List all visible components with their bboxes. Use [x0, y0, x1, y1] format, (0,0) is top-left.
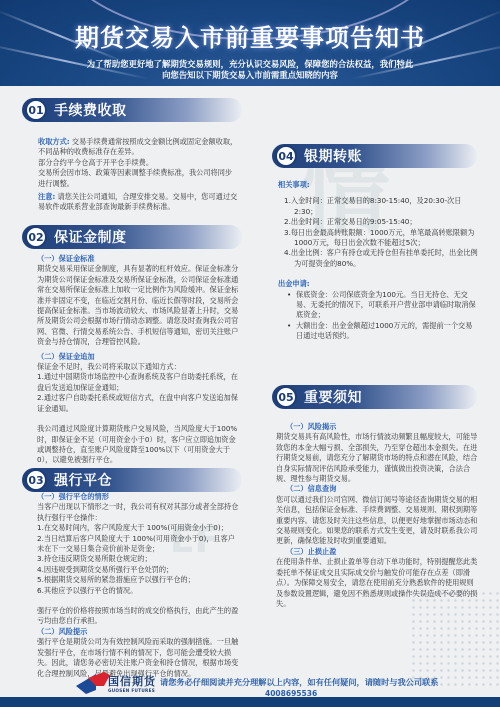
- fee-method-label: 收取方式:: [38, 137, 70, 146]
- withdraw-label: 出金申请:: [278, 279, 478, 289]
- list-item: 2.当日结算后客户风险度大于 100%(可用资金小于0)，且客户未在下一交易日集…: [37, 534, 242, 555]
- list-item: 2.通过客户自助委托系统或短信方式，在盘中向客户发送追加保证金通知。: [37, 393, 242, 414]
- section-number-badge: 03: [25, 469, 47, 491]
- related-items-label: 相关事项:: [278, 180, 478, 190]
- company-logo-text: 国信期货: [108, 673, 156, 689]
- subtitle-line-1: 为了帮助您更好地了解期货交易规则，充分认识交易风险，保障您的合法权益，我们特此: [40, 59, 460, 70]
- paragraph: 在使用条件单、止损止盈单等自动下单功能时，特别提醒您此类委托单不保证成交且实际成…: [276, 557, 478, 609]
- section-number-badge: 01: [25, 99, 47, 121]
- contact-notice: 请您务必仔细阅读并充分理解以上内容，如有任何疑问，请随时与我公司联系: [160, 677, 438, 688]
- fee-note-text: 请您关注公司通知，合理安排交易。交易中，您可通过交易软件或联系营业部查询最新手续…: [38, 192, 237, 211]
- list-item: 3.持仓违反期货交易所限仓规定的；: [37, 554, 242, 564]
- section-body-important-notice: （一）风险揭示 期货交易具有高风险性，市场行情波动频繁且幅度较大，可能导致您的本…: [276, 422, 478, 609]
- list-item: 4.出金比例：客户有持仓或无持仓但有挂单委托时，出金比例为可提资金的80%。: [284, 248, 478, 269]
- transfer-rules-list: 1.入金时间：正常交易日的8:30-15:40，及20:30-次日2:30； 2…: [284, 196, 478, 269]
- section-title: 手续费收取: [54, 100, 127, 120]
- withdraw-rules-list: 保底资金：公司保底资金为100元。当日无持仓、无交易、无委托的情况下，可联系开户…: [278, 290, 478, 342]
- subsection-title: （三）止损止盈: [276, 547, 478, 557]
- list-item: 1.入金时间：正常交易日的8:30-15:40，及20:30-次日2:30；: [284, 196, 478, 217]
- company-logo-english: GUOSEN FUTURES: [108, 688, 155, 693]
- section-title: 保证金制度: [54, 227, 127, 247]
- fee-line: 部分合约平今仓高于开平仓手续费。: [38, 158, 238, 168]
- section-body-bank-transfer: 相关事项: 1.入金时间：正常交易日的8:30-15:40，及20:30-次日2…: [278, 180, 478, 342]
- paragraph: 期货交易采用保证金制度，具有显著的杠杆效应。保证金标准分为期货公司保证金标准及交…: [37, 264, 242, 347]
- section-title: 银期转账: [304, 146, 362, 166]
- page-title: 期货交易入市前重要事项告知书: [0, 18, 500, 53]
- paragraph: 期货交易具有高风险性，市场行情波动频繁且幅度较大，可能导致您的本金大幅亏损、全部…: [276, 432, 478, 484]
- section-header-fee: 01 手续费收取: [22, 98, 242, 122]
- subtitle-line-2: 向您告知以下期货交易入市前需重点知晓的内容: [40, 70, 460, 81]
- fee-note-label: 注意:: [38, 192, 55, 201]
- page-subtitle: 为了帮助您更好地了解期货交易规则，充分认识交易风险，保障您的合法权益，我们特此 …: [40, 59, 460, 81]
- section-title: 强行平仓: [54, 470, 112, 490]
- section-header-forced-liquidation: 03 强行平仓: [22, 468, 242, 492]
- footer-band: [0, 697, 500, 707]
- subsection-title: （一）保证金标准: [37, 254, 242, 264]
- subsection-title: （二）信息查询: [276, 484, 478, 494]
- list-item: 保底资金：公司保底资金为100元。当日无持仓、无交易、无委托的情况下，可联系开户…: [278, 290, 478, 321]
- paragraph: 强行平仓的价格将按照市场当时的成交价格执行，由此产生的盈亏均由您自行承担。: [37, 606, 242, 627]
- list-item: 5.根据期货交易所的紧急措施应予以强行平仓的；: [37, 575, 242, 585]
- subsection-title: （一）风险揭示: [276, 422, 478, 432]
- section-number-badge: 02: [25, 226, 47, 248]
- paragraph: 您可以通过我们公司官网、微信订阅号等途径查询期货交易的相关信息，包括保证金标准、…: [276, 495, 478, 547]
- list-item: 3.每日出金最高转账限额：1000万元，单笔最高转账限额为1000万元，每日出金…: [284, 228, 478, 249]
- list-item: 1.通过中国期货市场监控中心查询系统及客户自助委托系统，在盘后发送追加保证金通知…: [37, 372, 242, 393]
- list-item: 1.在交易时间内，客户风险度大于 100%(可用资金小于0)；: [37, 523, 242, 533]
- subsection-title: （一）强行平仓的情形: [37, 492, 242, 502]
- fee-line: 交易所会因市场、政策等因素调整手续费标准，我公司将同步进行调整。: [38, 168, 238, 189]
- list-item: 2.出金时间：正常交易日的9:05-15:40；: [284, 217, 478, 227]
- section-body-forced-liquidation: （一）强行平仓的情形 当客户出现以下情形之一时，我公司有权对其部分或者全部持仓执…: [37, 492, 242, 679]
- header-banner: 期货交易入市前重要事项告知书 为了帮助您更好地了解期货交易规则，充分认识交易风险…: [0, 0, 500, 86]
- list-item: 大额出金：出金金额超过1000万元的，需提前一个交易日通过电话预约。: [278, 321, 478, 342]
- list-item: 6.其他应予以强行平仓的情况。: [37, 586, 242, 596]
- section-title: 重要须知: [304, 387, 362, 407]
- section-header-margin: 02 保证金制度: [22, 225, 242, 249]
- subsection-title: （二）保证金追加: [37, 352, 242, 362]
- paragraph: 我公司通过风险度计算期货账户交易风险，当风险度大于100%时，即保证金不足（可用…: [37, 424, 242, 466]
- paragraph: 当客户出现以下情形之一时，我公司有权对其部分或者全部持仓执行强行平仓操作：: [37, 502, 242, 523]
- section-number-badge: 05: [275, 386, 297, 408]
- subsection-title: （二）风险提示: [37, 627, 242, 637]
- section-header-bank-transfer: 04 银期转账: [272, 144, 477, 168]
- section-number-badge: 04: [275, 145, 297, 167]
- section-body-margin: （一）保证金标准 期货交易采用保证金制度，具有显著的杠杆效应。保证金标准分为期货…: [37, 254, 242, 466]
- list-item: 4.因违规受到期货交易所强行平仓处罚的；: [37, 565, 242, 575]
- paragraph: 保证金不足时，我公司将采取以下通知方式：: [37, 362, 242, 372]
- section-body-fee: 收取方式: 交易手续费通常按照成交金额比例或固定金额收取，不同品种的收费标准存在…: [38, 137, 238, 213]
- section-header-important-notice: 05 重要须知: [272, 385, 477, 409]
